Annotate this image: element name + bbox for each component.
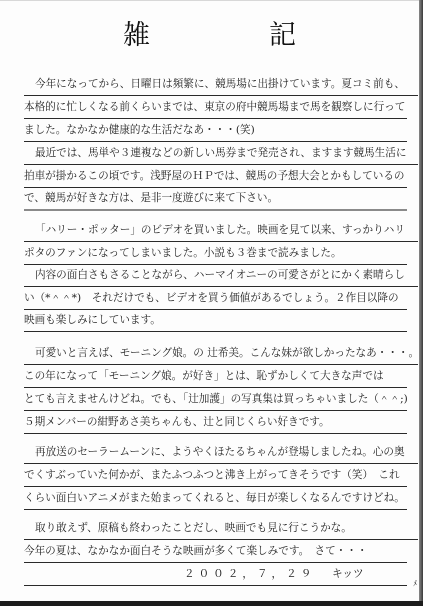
line-text: 取り敢えず、原稿も終わったことだし、映画でも見に行こうかな。 — [35, 519, 352, 537]
text-line: ました。なかなか健康的な生活だなあ・・・(笑) — [24, 121, 407, 142]
text-line: 再放送のセーラームーンに、ようやくほたるちゃんが登場しましたね。心の奥 — [24, 443, 418, 464]
text-line: 最近では、馬単や３連複などの新しい馬券まで発売され、ますます競馬生活に — [24, 144, 418, 165]
line-text: 最近では、馬単や３連複などの新しい馬券まで発売され、ますます競馬生活に — [35, 144, 406, 162]
text-line: ５期メンバーの紺野あさ美ちゃんも、辻と同じくらい好きです。 — [24, 413, 407, 434]
line-text: 内容の面白さもさることながら、ハーマイオニーの可愛さがとにかく素晴らし — [35, 266, 405, 284]
text-line: で、競馬が好きな方は、是非一度遊びに来て下さい。 — [24, 189, 407, 211]
text-line: 今年になってから、日曜日は頻繁に、競馬場に出掛けています。夏コミ前も、 — [24, 75, 418, 96]
page-right-edge — [419, 0, 423, 606]
text-line: 取り敢えず、原稿も終わったことだし、映画でも見に行こうかな。 — [24, 519, 418, 540]
text-line: 映画も楽しみにしています。 — [24, 311, 407, 332]
scanned-page: 雑 記 今年になってから、日曜日は頻繁に、競馬場に出掛けています。夏コミ前も、 … — [0, 0, 419, 602]
line-text: 今年の夏は、なかなか面白そうな映画が多くて楽しみです。 さて・・・ — [24, 542, 367, 560]
text-line: 可愛いと言えば、モーニング娘。の 辻希美。こんな妹が欲しかったなあ・・・。 — [24, 344, 418, 365]
line-text: 再放送のセーラームーンに、ようやくほたるちゃんが登場しましたね。心の奥 — [35, 443, 405, 461]
line-text: 可愛いと言えば、モーニング娘。の 辻希美。こんな妹が欲しかったなあ・・・。 — [35, 344, 418, 362]
line-text: ました。なかなか健康的な生活だなあ・・・(笑) — [24, 121, 255, 139]
text-line: とても言えませんけどね。でも、「辻加護」の写真集は買っちゃいました（＾＾;) — [24, 390, 407, 411]
text-line: 今年の夏は、なかなか面白そうな映画が多くて楽しみです。 さて・・・ — [24, 542, 407, 563]
line-text: い（*＾＾*) それだけでも、ビデオを買う価値があるでしょう。２作目以降の — [24, 289, 399, 307]
text-line: い（*＾＾*) それだけでも、ビデオを買う価値があるでしょう。２作目以降の — [24, 289, 407, 310]
text-line: この年になって「モーニング娘。が好き」とは、恥ずかしくて大きな声では — [24, 367, 407, 388]
line-text: 今年になってから、日曜日は頻繁に、競馬場に出掛けています。夏コミ前も、 — [35, 75, 405, 93]
line-text: でくすぶっていた何かが、またふつふつと沸き上がってきそうです（笑） これ — [24, 466, 400, 484]
text-line: 内容の面白さもさることながら、ハーマイオニーの可愛さがとにかく素晴らし — [24, 266, 418, 287]
line-text: この年になって「モーニング娘。が好き」とは、恥ずかしくて大きな声では — [24, 367, 384, 385]
line-text: ５期メンバーの紺野あさ美ちゃんも、辻と同じくらい好きです。 — [24, 413, 330, 431]
text-line: 拍車が掛かるこの頃です。浅野屋のＨＰでは、競馬の予想大会とかもしているの — [24, 167, 407, 188]
line-text: で、競馬が好きな方は、是非一度遊びに来て下さい。 — [24, 189, 278, 207]
line-text: 本格的に忙しくなる前くらいまでは、東京の府中競馬場まで馬を観察しに行って — [24, 98, 405, 116]
page-bottom-edge — [0, 601, 423, 606]
text-line: 本格的に忙しくなる前くらいまでは、東京の府中競馬場まで馬を観察しに行って — [24, 98, 407, 119]
line-text: 映画も楽しみにしています。 — [24, 311, 161, 329]
line-text: 拍車が掛かるこの頃です。浅野屋のＨＰでは、競馬の予想大会とかもしているの — [24, 167, 405, 185]
text-line: でくすぶっていた何かが、またふつふつと沸き上がってきそうです（笑） これ — [24, 466, 407, 487]
signature-line: ２００２，７，２９ キッツ — [24, 565, 407, 586]
signature-date: ２００２，７，２９ — [184, 565, 315, 583]
text-line: ポタのファンになってしまいました。小説も３巻まで読みました。 — [24, 244, 407, 265]
text-line: 「ハリー・ポッター」のビデオを買いました。映画を見て以来、すっかりハリ — [24, 221, 418, 242]
scan-artifact-mark: ﾒ — [413, 578, 417, 589]
signature-author: キッツ — [332, 565, 364, 583]
line-text: くらい面白いアニメがまた始まってくれると、毎日が楽しくなるんですけどね。 — [24, 489, 405, 507]
page-title: 雑 記 — [0, 13, 419, 52]
line-text: ポタのファンになってしまいました。小説も３巻まで読みました。 — [24, 244, 342, 262]
line-text: 「ハリー・ポッター」のビデオを買いました。映画を見て以来、すっかりハリ — [35, 221, 405, 239]
text-line: くらい面白いアニメがまた始まってくれると、毎日が楽しくなるんですけどね。 — [24, 489, 407, 510]
line-text: とても言えませんけどね。でも、「辻加護」の写真集は買っちゃいました（＾＾;) — [24, 390, 407, 408]
